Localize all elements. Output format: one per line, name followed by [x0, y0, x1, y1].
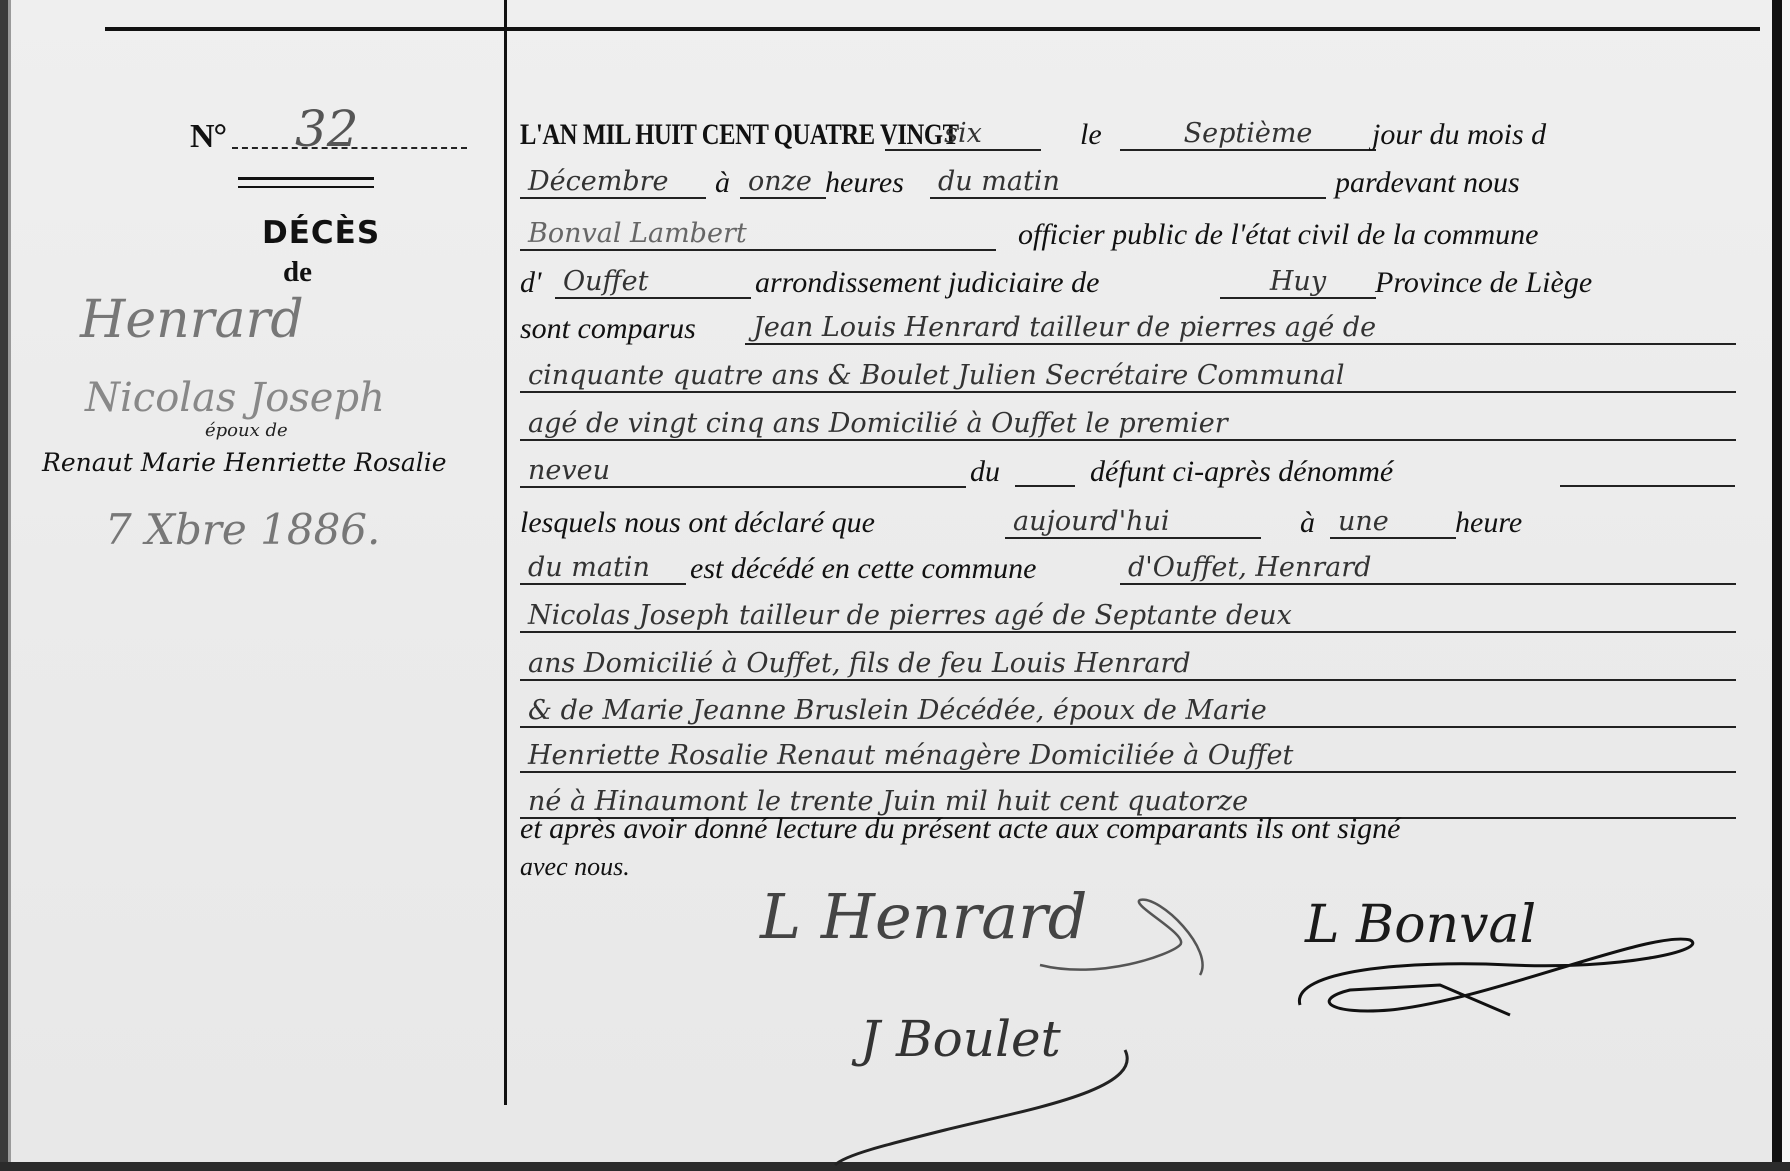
act-line: Nicolas Joseph tailleur de pierres agé d… — [520, 600, 1740, 644]
filled-value-declarant-cont: cinquante quatre ans & Boulet Julien Sec… — [520, 360, 1736, 393]
printed-text: avec nous. — [520, 852, 630, 882]
page-edge-right-margin — [1782, 0, 1790, 1171]
page-edge-right — [1772, 0, 1782, 1171]
deceased-given-names: Nicolas Joseph — [85, 375, 385, 421]
printed-text: arrondissement judiciaire de — [755, 266, 1099, 300]
record-number-label: N° — [190, 118, 226, 156]
act-line: et après avoir donné lecture du présent … — [520, 812, 1740, 856]
printed-text: heure — [1455, 506, 1522, 540]
printed-text: sont comparus — [520, 312, 696, 346]
act-line: ans Domicilié à Ouffet, fils de feu Loui… — [520, 648, 1740, 692]
page-edge-left — [0, 0, 8, 1171]
filled-value-mother-spouse: & de Marie Jeanne Bruslein Décédée, épou… — [520, 695, 1736, 728]
act-line: neveu du défunt ci-après dénommé — [520, 455, 1740, 499]
act-line: L'AN MIL HUIT CENT QUATRE VINGT six le S… — [520, 118, 1740, 162]
printed-text: officier public de l'état civil de la co… — [1018, 218, 1538, 252]
act-line: avec nous. — [520, 852, 1740, 896]
printed-text: le — [1080, 118, 1102, 152]
record-type-heading: DÉCÈS — [262, 215, 380, 251]
spouse-name: Renaut Marie Henriette Rosalie — [42, 448, 447, 477]
filled-value-day-of-death: aujourd'hui — [1005, 506, 1261, 539]
double-rule — [238, 177, 374, 188]
printed-text: d' — [520, 266, 541, 300]
printed-text: heures — [825, 166, 904, 200]
act-line: Henriette Rosalie Renaut ménagère Domici… — [520, 740, 1740, 784]
blank-line — [1015, 485, 1075, 487]
act-line: sont comparus Jean Louis Henrard tailleu… — [520, 312, 1740, 356]
filled-value-arrondissement: Huy — [1220, 266, 1376, 299]
printed-text: pardevant nous — [1335, 166, 1520, 200]
printed-text: lesquels nous ont déclaré que — [520, 506, 875, 540]
printed-text: et après avoir donné lecture du présent … — [520, 812, 1400, 846]
filled-value-deceased-details: Nicolas Joseph tailleur de pierres agé d… — [520, 600, 1736, 633]
signature-flourish-2 — [825, 1030, 1145, 1170]
printed-text: du — [970, 455, 1000, 489]
signature-flourish-1 — [1040, 895, 1220, 985]
filled-value-declarant: Jean Louis Henrard tailleur de pierres a… — [745, 312, 1736, 345]
blank-line — [1560, 485, 1735, 487]
deceased-surname: Henrard — [80, 290, 304, 350]
filled-value-time-of-day: du matin — [930, 166, 1326, 199]
page-edge-left-shadow — [8, 0, 11, 1171]
printed-text: Province de Liège — [1375, 266, 1592, 300]
act-line: agé de vingt cinq ans Domicilié à Ouffet… — [520, 408, 1740, 452]
filled-value-witness: agé de vingt cinq ans Domicilié à Ouffet… — [520, 408, 1736, 441]
printed-text: jour du mois d — [1372, 118, 1546, 152]
spouse-label: époux de — [205, 420, 288, 441]
filled-value-hour: onze — [740, 166, 826, 199]
act-line: d' Ouffet arrondissement judiciaire de H… — [520, 266, 1740, 310]
printed-text: est décédé en cette commune — [690, 552, 1036, 586]
printed-text: à — [715, 166, 730, 200]
act-line: Décembre à onze heures du matin pardevan… — [520, 166, 1740, 210]
printed-text: défunt ci-après dénommé — [1090, 455, 1393, 489]
filled-value-spouse-details: Henriette Rosalie Renaut ménagère Domici… — [520, 740, 1736, 773]
filled-value-commune: Ouffet — [555, 266, 751, 299]
filled-value-month: Décembre — [520, 166, 706, 199]
act-line: cinquante quatre ans & Boulet Julien Sec… — [520, 360, 1740, 404]
filled-value-hour-of-death: une — [1330, 506, 1456, 539]
record-number-value: 32 — [295, 100, 359, 158]
signature-declarant-1: L Henrard — [760, 880, 1088, 953]
filled-value-parents: ans Domicilié à Ouffet, fils de feu Loui… — [520, 648, 1736, 681]
column-divider — [504, 0, 507, 1105]
filled-value-time-of-death: du matin — [520, 552, 686, 585]
printed-text: à — [1300, 506, 1315, 540]
act-line: Bonval Lambert officier public de l'état… — [520, 218, 1740, 262]
act-line: & de Marie Jeanne Bruslein Décédée, épou… — [520, 695, 1740, 739]
filled-value-year: six — [885, 118, 1041, 151]
de-label: de — [283, 256, 312, 289]
act-line: du matin est décédé en cette commune d'O… — [520, 552, 1740, 596]
act-line: lesquels nous ont déclaré que aujourd'hu… — [520, 506, 1740, 550]
filled-value-day: Septième — [1120, 118, 1376, 151]
top-rule — [105, 27, 1760, 31]
filled-value-place-name: d'Ouffet, Henrard — [1120, 552, 1736, 585]
filled-value-relationship: neveu — [520, 455, 966, 488]
margin-date: 7 Xbre 1886. — [105, 505, 380, 554]
signature-flourish-officer — [1290, 940, 1710, 1020]
death-certificate-page: N° 32 DÉCÈS de Henrard Nicolas Joseph ép… — [0, 0, 1790, 1171]
filled-value-officer: Bonval Lambert — [520, 218, 996, 251]
